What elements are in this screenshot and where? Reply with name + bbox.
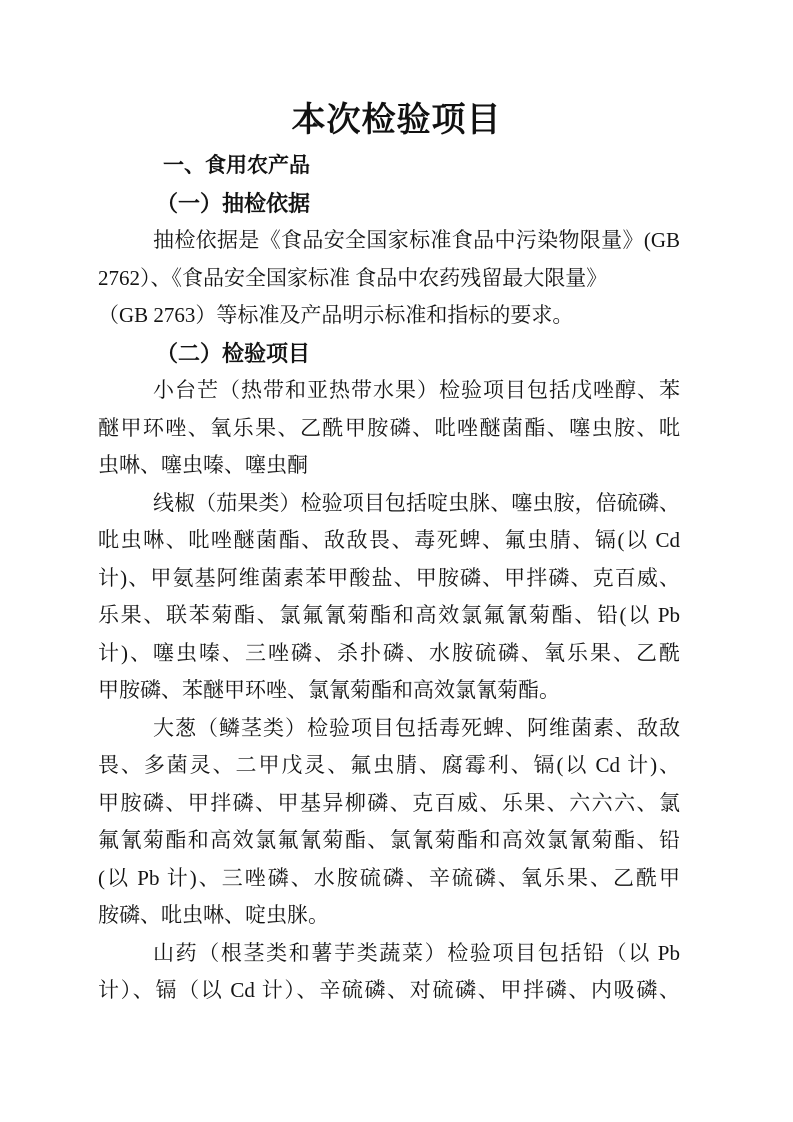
document-title: 本次检验项目 (0, 99, 793, 141)
paragraph-line: 畏、多菌灵、二甲戊灵、氟虫腈、腐霉利、镉(以 Cd 计)、 (98, 747, 680, 785)
subsection-heading: （二）检验项目 (98, 335, 680, 373)
paragraph-line: 计)、甲氨基阿维菌素苯甲酸盐、甲胺磷、甲拌磷、克百威、 (98, 560, 680, 598)
paragraph-line: 计）、镉（以 Cd 计）、辛硫磷、对硫磷、甲拌磷、内吸磷、 (98, 972, 680, 1010)
section-heading: 一、食用农产品 (98, 147, 680, 185)
subsection-heading: （一）抽检依据 (98, 185, 680, 223)
paragraph-line: 醚甲环唑、氧乐果、乙酰甲胺磷、吡唑醚菌酯、噻虫胺、吡 (98, 410, 680, 448)
document-body: 一、食用农产品（一）抽检依据抽检依据是《食品安全国家标准食品中污染物限量》(GB… (98, 147, 680, 1010)
paragraph-line: 乐果、联苯菊酯、氯氟氰菊酯和高效氯氟氰菊酯、铅(以 Pb (98, 597, 680, 635)
paragraph-line: 山药（根茎类和薯芋类蔬菜）检验项目包括铅（以 Pb (98, 935, 680, 973)
paragraph-line: 虫啉、噻虫嗪、噻虫酮 (98, 447, 680, 485)
paragraph-line: 大葱（鳞茎类）检验项目包括毒死蜱、阿维菌素、敌敌 (98, 710, 680, 748)
paragraph-line: 计)、噻虫嗪、三唑磷、杀扑磷、水胺硫磷、氧乐果、乙酰 (98, 635, 680, 673)
paragraph-line: 吡虫啉、吡唑醚菌酯、敌敌畏、毒死蜱、氟虫腈、镉(以 Cd (98, 522, 680, 560)
document-page: 本次检验项目 一、食用农产品（一）抽检依据抽检依据是《食品安全国家标准食品中污染… (0, 0, 793, 1122)
paragraph-line: (以 Pb 计)、三唑磷、水胺硫磷、辛硫磷、氧乐果、乙酰甲 (98, 860, 680, 898)
paragraph-line: 2762）、《食品安全国家标准 食品中农药残留最大限量》 (98, 260, 680, 298)
paragraph-line: 线椒（茄果类）检验项目包括啶虫脒、噻虫胺，倍硫磷、 (98, 485, 680, 523)
paragraph-line: 小台芒（热带和亚热带水果）检验项目包括戊唑醇、苯 (98, 372, 680, 410)
paragraph-line: 甲胺磷、甲拌磷、甲基异柳磷、克百威、乐果、六六六、氯 (98, 785, 680, 823)
paragraph-line: 抽检依据是《食品安全国家标准食品中污染物限量》(GB (98, 222, 680, 260)
paragraph-line: 胺磷、吡虫啉、啶虫脒。 (98, 897, 680, 935)
paragraph-line: 甲胺磷、苯醚甲环唑、氯氰菊酯和高效氯氰菊酯。 (98, 672, 680, 710)
paragraph-line: 氟氰菊酯和高效氯氟氰菊酯、氯氰菊酯和高效氯氰菊酯、铅 (98, 822, 680, 860)
paragraph-line: （GB 2763）等标准及产品明示标准和指标的要求。 (98, 297, 680, 335)
